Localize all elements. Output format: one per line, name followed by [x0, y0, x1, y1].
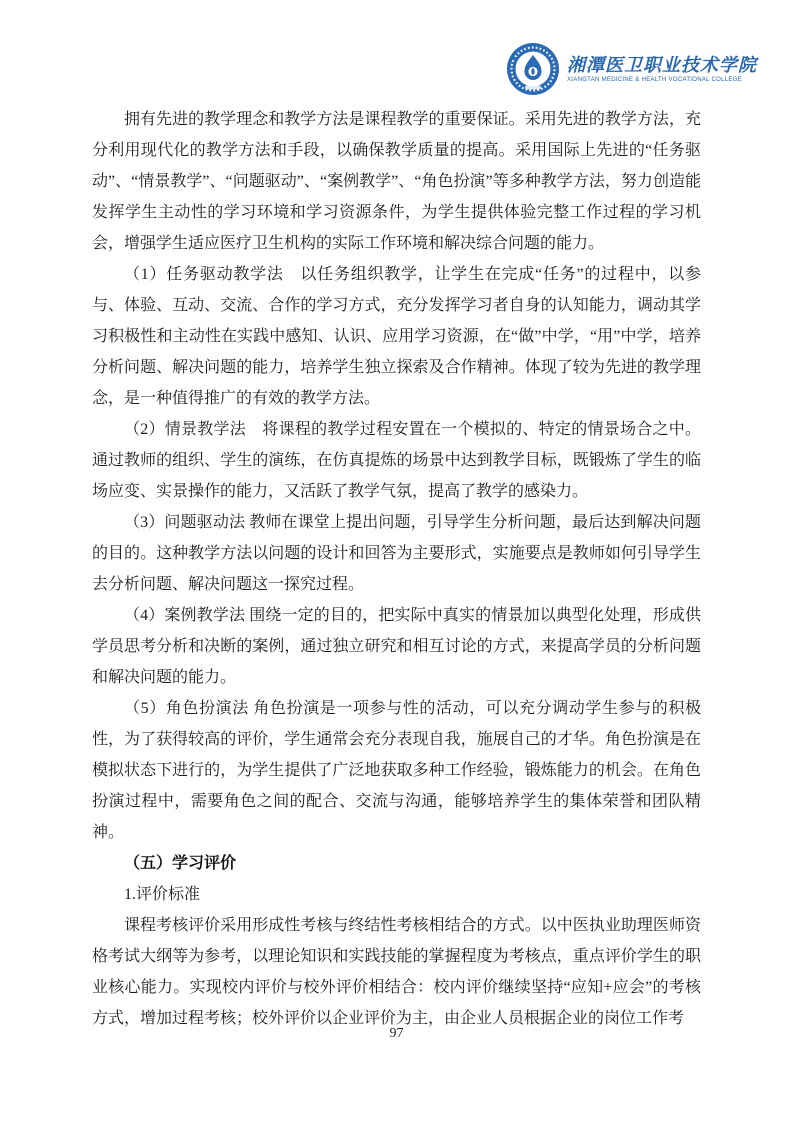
paragraph-task-driven-method: （1）任务驱动教学法 以任务组织教学，让学生在完成“任务”的过程中，以参与、体验… [92, 259, 701, 414]
paragraph-role-play-method: （5）角色扮演法 角色扮演是一项参与性的活动，可以充分调动学生参与的积极性，为了… [92, 693, 701, 848]
college-emblem-icon [506, 42, 560, 96]
page-footer: 97 [0, 1026, 793, 1042]
college-name-zh: 湘潭医卫职业技术学院 [567, 54, 757, 76]
document-page: 湘潭医卫职业技术学院 XIANGTAN MEDICINE & HEALTH VO… [0, 0, 793, 1122]
subheading-evaluation-standard: 1.评价标准 [92, 879, 701, 910]
paragraph-evaluation-standard-body: 课程考核评价采用形成性考核与终结性考核相结合的方式。以中医执业助理医师资格考试大… [92, 910, 701, 1034]
college-header: 湘潭医卫职业技术学院 XIANGTAN MEDICINE & HEALTH VO… [506, 42, 757, 96]
college-name-block: 湘潭医卫职业技术学院 XIANGTAN MEDICINE & HEALTH VO… [567, 54, 757, 85]
page-number: 97 [390, 1026, 404, 1041]
paragraph-teaching-methods-intro: 拥有先进的教学理念和教学方法是课程教学的重要保证。采用先进的教学方法，充分利用现… [92, 104, 701, 259]
paragraph-scenario-teaching-method: （2）情景教学法 将课程的教学过程安置在一个模拟的、特定的情景场合之中。通过教师… [92, 414, 701, 507]
paragraph-problem-driven-method: （3）问题驱动法 教师在课堂上提出问题，引导学生分析问题，最后达到解决问题的目的… [92, 507, 701, 600]
paragraph-case-teaching-method: （4）案例教学法 围绕一定的目的，把实际中真实的情景加以典型化处理，形成供学员思… [92, 600, 701, 693]
college-name-en: XIANGTAN MEDICINE & HEALTH VOCATIONAL CO… [567, 76, 757, 85]
document-body: 拥有先进的教学理念和教学方法是课程教学的重要保证。采用先进的教学方法，充分利用现… [92, 104, 701, 1034]
section-heading-learning-evaluation: （五）学习评价 [92, 848, 701, 879]
